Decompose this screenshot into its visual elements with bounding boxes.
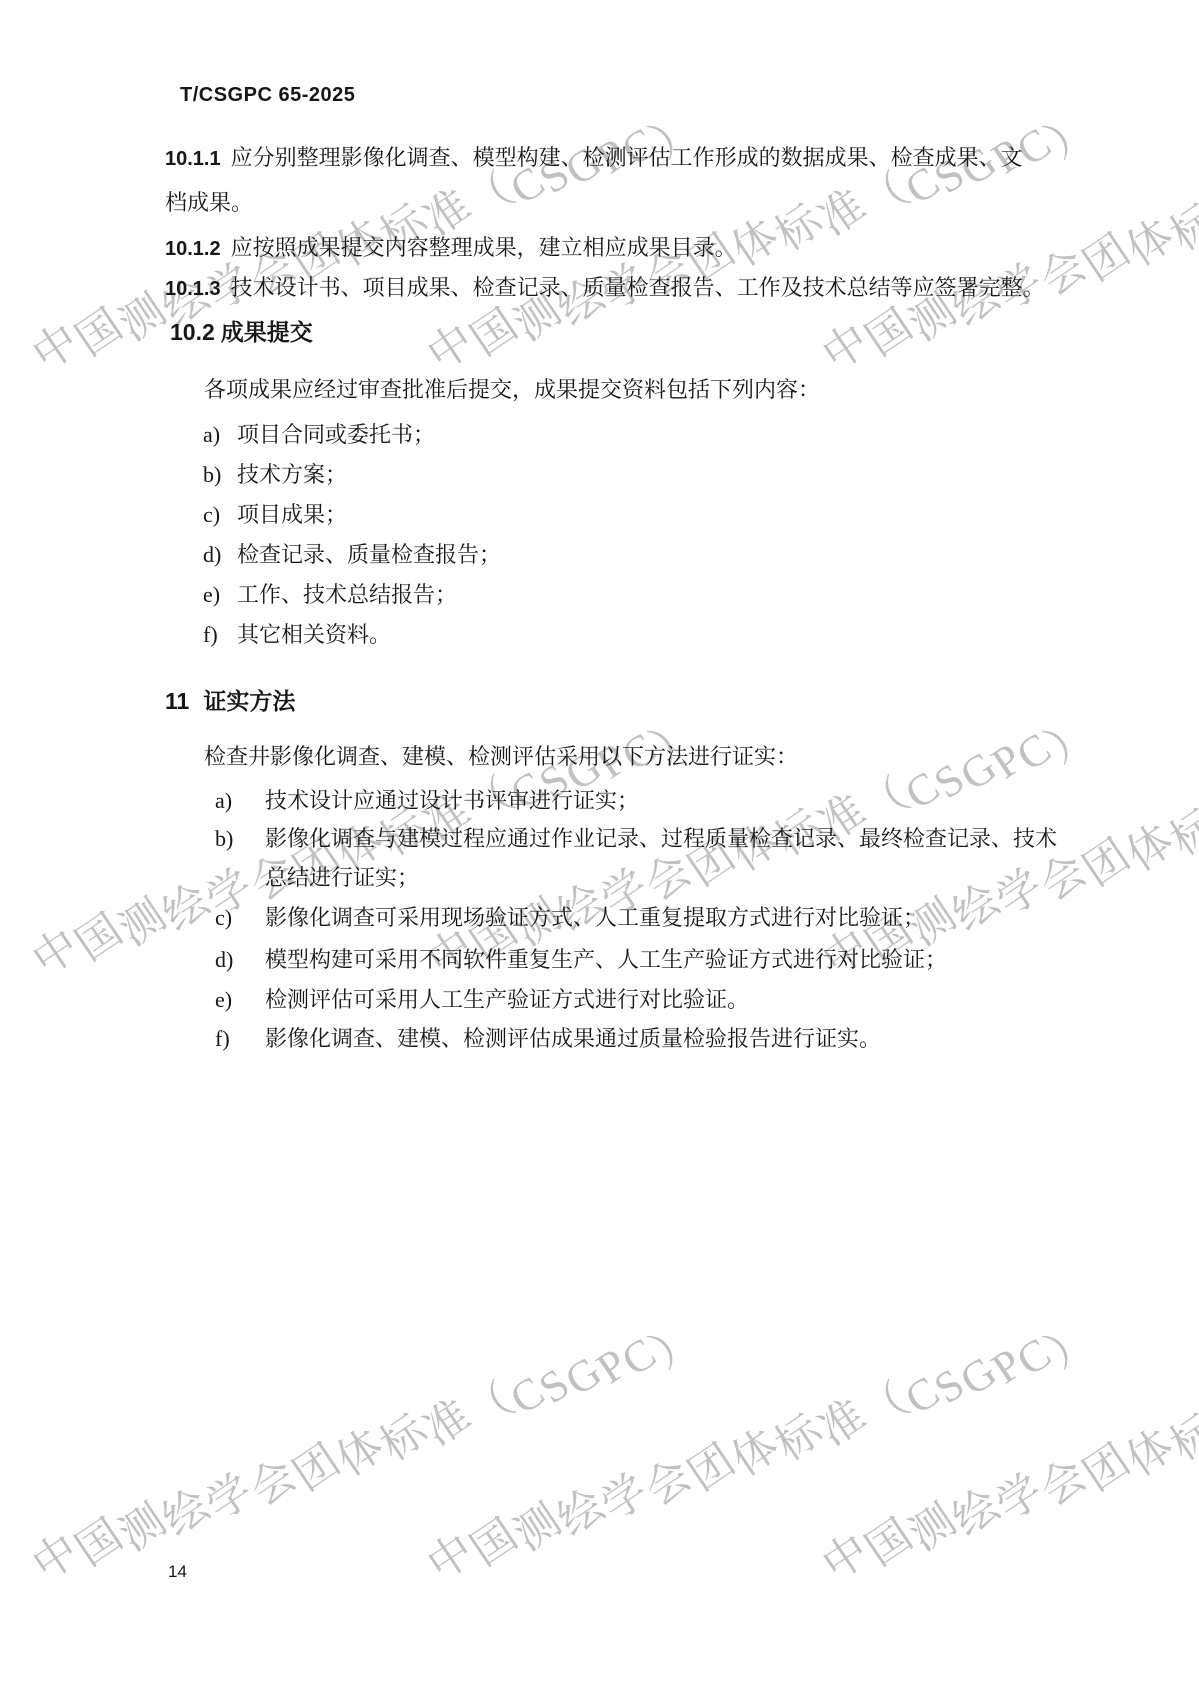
clause-number: 10.1.1 <box>165 148 221 170</box>
list-item: e)检测评估可采用人工生产验证方式进行对比验证。 <box>215 986 749 1013</box>
list-item-label: d) <box>215 946 265 973</box>
list-item-text: 模型构建可采用不同软件重复生产、人工生产验证方式进行对比验证； <box>265 947 947 972</box>
heading-11: 11证实方法 <box>165 688 295 715</box>
list-item-label: d) <box>203 541 237 568</box>
list-item-label: b) <box>215 825 265 852</box>
list-item-label: e) <box>215 986 265 1013</box>
list-item: b)技术方案； <box>203 461 347 488</box>
list-item-text: 项目成果； <box>237 502 347 527</box>
para-10-1-2: 10.1.2应按照成果提交内容整理成果，建立相应成果目录。 <box>165 234 737 263</box>
list-item-text: 影像化调查可采用现场验证方式、人工重复提取方式进行对比验证； <box>265 905 925 930</box>
clause-number: 10.1.2 <box>165 238 221 260</box>
heading-number: 11 <box>165 688 189 714</box>
list-item: d)模型构建可采用不同软件重复生产、人工生产验证方式进行对比验证； <box>215 946 947 973</box>
list-item-label: a) <box>215 787 265 814</box>
list-item: c)影像化调查可采用现场验证方式、人工重复提取方式进行对比验证； <box>215 904 925 931</box>
list-item-text: 检测评估可采用人工生产验证方式进行对比验证。 <box>265 987 749 1012</box>
list-item-label: c) <box>203 501 237 528</box>
para-10-1-3: 10.1.3技术设计书、项目成果、检查记录、质量检查报告、工作及技术总结等应签署… <box>165 274 1045 303</box>
list-item: c)项目成果； <box>203 501 347 528</box>
para-11-intro: 检查井影像化调查、建模、检测评估采用以下方法进行证实： <box>204 743 798 770</box>
list-item: f)影像化调查、建模、检测评估成果通过质量检验报告进行证实。 <box>215 1025 881 1052</box>
list-item-text: 检查记录、质量检查报告； <box>237 542 501 567</box>
list-item-text: 工作、技术总结报告； <box>237 582 457 607</box>
list-item-text: 其它相关资料。 <box>237 622 391 647</box>
doc-code-header: T/CSGPC 65-2025 <box>180 84 355 107</box>
list-item-text: 影像化调查与建模过程应通过作业记录、过程质量检查记录、最终检查记录、技术 <box>265 826 1057 851</box>
list-item-text: 技术设计应通过设计书评审进行证实； <box>265 788 639 813</box>
heading-number: 10.2 <box>170 319 215 345</box>
clause-text: 技术设计书、项目成果、检查记录、质量检查报告、工作及技术总结等应签署完整。 <box>231 275 1045 300</box>
page-content: T/CSGPC 65-2025 10.1.1应分别整理影像化调查、模型构建、检测… <box>0 0 1199 1696</box>
list-item: b)影像化调查与建模过程应通过作业记录、过程质量检查记录、最终检查记录、技术 <box>215 825 1057 852</box>
para-10-2-intro: 各项成果应经过审查批准后提交，成果提交资料包括下列内容： <box>204 376 820 403</box>
para-10-1-1-line2: 档成果。 <box>165 189 253 216</box>
list-item: d)检查记录、质量检查报告； <box>203 541 501 568</box>
heading-title: 证实方法 <box>203 688 295 714</box>
page-number: 14 <box>168 1562 187 1582</box>
clause-text: 应按照成果提交内容整理成果，建立相应成果目录。 <box>231 235 737 260</box>
document-page: 中国测绘学会团体标准（CSGPC） 中国测绘学会团体标准（CSGPC） 中国测绘… <box>0 0 1199 1696</box>
clause-number: 10.1.3 <box>165 278 221 300</box>
list-item: a)项目合同或委托书； <box>203 421 435 448</box>
list-item-text: 技术方案； <box>237 462 347 487</box>
list-item-continuation: 总结进行证实； <box>265 864 419 891</box>
heading-title: 成果提交 <box>221 319 313 345</box>
heading-10-2: 10.2成果提交 <box>170 319 313 346</box>
list-item-label: b) <box>203 461 237 488</box>
list-item-text: 影像化调查、建模、检测评估成果通过质量检验报告进行证实。 <box>265 1026 881 1051</box>
list-item: e)工作、技术总结报告； <box>203 581 457 608</box>
list-item-text: 项目合同或委托书； <box>237 422 435 447</box>
list-item-label: a) <box>203 421 237 448</box>
clause-text: 应分别整理影像化调查、模型构建、检测评估工作形成的数据成果、检查成果、文 <box>231 145 1023 170</box>
list-item-label: f) <box>203 621 237 648</box>
list-item: a)技术设计应通过设计书评审进行证实； <box>215 787 639 814</box>
list-item: f)其它相关资料。 <box>203 621 391 648</box>
list-item-label: f) <box>215 1025 265 1052</box>
list-item-label: c) <box>215 904 265 931</box>
list-item-label: e) <box>203 581 237 608</box>
para-10-1-1-line1: 10.1.1应分别整理影像化调查、模型构建、检测评估工作形成的数据成果、检查成果… <box>165 144 1023 173</box>
